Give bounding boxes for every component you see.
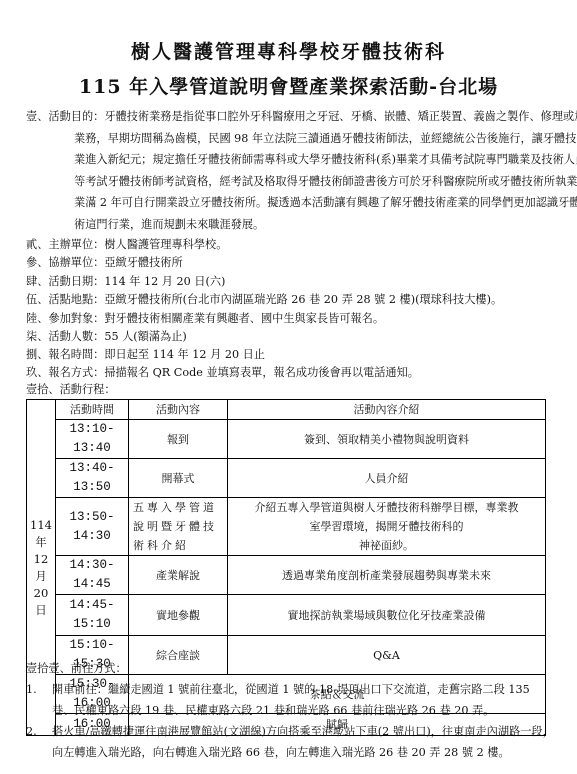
row-time: 13:50-14:30 — [56, 498, 129, 556]
row-intro: 實地探訪執業場域與數位化牙技產業設備 — [228, 595, 546, 636]
row-intro: 人員介紹 — [228, 459, 546, 498]
registration-period-value: 即日起至 114 年 12 月 20 日止 — [104, 348, 265, 361]
table-row: 13:10-13:40 報到 簽到、領取精美小禮物與說明資料 — [27, 420, 546, 459]
audience-label: 陸、參加對象： — [26, 312, 104, 325]
direction-item-transit: 2. 搭火車/高鐵轉捷運往南港展覽館站(文湖線)方向搭乘至港墘站下車(2 號出口… — [26, 721, 554, 763]
co-organizer-label: 參、協辦單位： — [26, 256, 104, 269]
event-title: 115 年入學管道說明會暨產業探索活動-台北場 — [0, 72, 577, 99]
direction-index: 1. — [26, 679, 37, 700]
school-title: 樹人醫護管理專科學校牙體技術科 — [0, 37, 577, 64]
row-time: 13:10-13:40 — [56, 420, 129, 459]
header-intro: 活動內容介紹 — [228, 400, 546, 420]
capacity-label: 柒、活動人數： — [26, 330, 104, 343]
section-audience: 陸、參加對象：對牙體技術相關產業有興趣者、國中生與家長皆可報名。 — [26, 310, 384, 328]
row-intro: 介紹五專入學管道與樹人牙體技術科辦學目標，專業教 室學習環境，揭開牙體技術科的 … — [228, 498, 546, 556]
row-time: 14:45-15:10 — [56, 595, 129, 636]
direction-index: 2. — [26, 721, 37, 742]
header-content: 活動內容 — [129, 400, 228, 420]
section-purpose-text: 牙體技術業務是指從事口腔外牙科醫療用之牙冠、牙橋、嵌體、矯正裝置、義齒之製作、修… — [74, 110, 577, 231]
schedule-header-row: 114 年 12 月 20 日 活動時間 活動內容 活動內容介紹 — [27, 400, 546, 420]
organizer-value: 樹人醫護管理專科學校。 — [104, 238, 227, 251]
row-content: 實地參觀 — [129, 595, 228, 636]
row-content: 產業解說 — [129, 556, 228, 595]
row-content: 五專入學管道說明暨牙體技術科介紹 — [129, 498, 228, 556]
row-content: 開幕式 — [129, 459, 228, 498]
date-day-unit: 日 — [30, 602, 52, 619]
date-month: 12 — [30, 551, 52, 568]
table-row: 14:30-14:45 產業解說 透過專業角度剖析產業發展趨勢與專業未來 — [27, 556, 546, 595]
section-organizer: 貳、主辦單位：樹人醫護管理專科學校。 — [26, 236, 227, 254]
table-row: 13:40-13:50 開幕式 人員介紹 — [27, 459, 546, 498]
section-capacity: 柒、活動人數：55 人(額滿為止) — [26, 328, 187, 346]
organizer-label: 貳、主辦單位： — [26, 238, 104, 251]
table-row: 14:45-15:10 實地參觀 實地探訪執業場域與數位化牙技產業設備 — [27, 595, 546, 636]
section-date: 肆、活動日期：114 年 12 月 20 日(六) — [26, 273, 225, 291]
date-value: 114 年 12 月 20 日(六) — [104, 275, 225, 288]
section-directions: 壹拾壹、前往方式： 1. 開車前往：繼續走國道 1 號前往臺北，從國道 1 號的… — [26, 658, 554, 763]
directions-heading: 壹拾壹、前往方式： — [26, 658, 554, 679]
location-value: 亞緻牙體技術所(台北市內湖區瑞光路 26 巷 20 弄 28 號 2 樓)(環球… — [104, 293, 502, 306]
row-intro: 透過專業角度剖析產業發展趨勢與專業未來 — [228, 556, 546, 595]
date-year: 114 — [30, 517, 52, 534]
audience-value: 對牙體技術相關產業有興趣者、國中生與家長皆可報名。 — [104, 312, 384, 325]
registration-method-label: 玖、報名方式： — [26, 366, 104, 379]
section-purpose: 壹、活動目的：牙體技術業務是指從事口腔外牙科醫療用之牙冠、牙橋、嵌體、矯正裝置、… — [26, 106, 577, 235]
direction-text: 搭火車/高鐵轉捷運往南港展覽館站(文湖線)方向搭乘至港墘站下車(2 號出口)，往… — [52, 725, 554, 759]
row-time: 13:40-13:50 — [56, 459, 129, 498]
section-purpose-label: 壹、活動目的： — [26, 110, 104, 123]
direction-item-car: 1. 開車前往：繼續走國道 1 號前往臺北，從國道 1 號的 18-堤頂出口下交… — [26, 679, 554, 721]
row-intro-line: 介紹五專入學管道與樹人牙體技術科辦學目標，專業教 — [231, 498, 542, 517]
section-registration-period: 捌、報名時間：即日起至 114 年 12 月 20 日止 — [26, 346, 265, 364]
row-content: 報到 — [129, 420, 228, 459]
direction-text: 開車前往：繼續走國道 1 號前往臺北，從國道 1 號的 18-堤頂出口下交流道，… — [52, 683, 530, 717]
date-day: 20 — [30, 585, 52, 602]
section-schedule-heading: 壹拾、活動行程： — [26, 381, 116, 399]
header-time: 活動時間 — [56, 400, 129, 420]
registration-method-value: 掃描報名 QR Code 並填寫表單，報名成功後會再以電話通知。 — [104, 366, 419, 379]
section-location: 伍、活點地點：亞緻牙體技術所(台北市內湖區瑞光路 26 巷 20 弄 28 號 … — [26, 291, 502, 309]
row-time: 14:30-14:45 — [56, 556, 129, 595]
date-month-unit: 月 — [30, 568, 52, 585]
date-label: 肆、活動日期： — [26, 275, 104, 288]
row-intro-line: 神祕面紗。 — [231, 536, 542, 555]
location-label: 伍、活點地點： — [26, 293, 104, 306]
section-registration-method: 玖、報名方式：掃描報名 QR Code 並填寫表單，報名成功後會再以電話通知。 — [26, 364, 419, 382]
row-intro: 簽到、領取精美小禮物與說明資料 — [228, 420, 546, 459]
section-co-organizer: 參、協辦單位：亞緻牙體技術所 — [26, 254, 183, 272]
date-year-unit: 年 — [30, 534, 52, 551]
registration-period-label: 捌、報名時間： — [26, 348, 104, 361]
capacity-value: 55 人(額滿為止) — [104, 330, 186, 343]
row-intro-line: 室學習環境，揭開牙體技術科的 — [231, 517, 542, 536]
table-row: 13:50-14:30 五專入學管道說明暨牙體技術科介紹 介紹五專入學管道與樹人… — [27, 498, 546, 556]
co-organizer-value: 亞緻牙體技術所 — [104, 256, 182, 269]
